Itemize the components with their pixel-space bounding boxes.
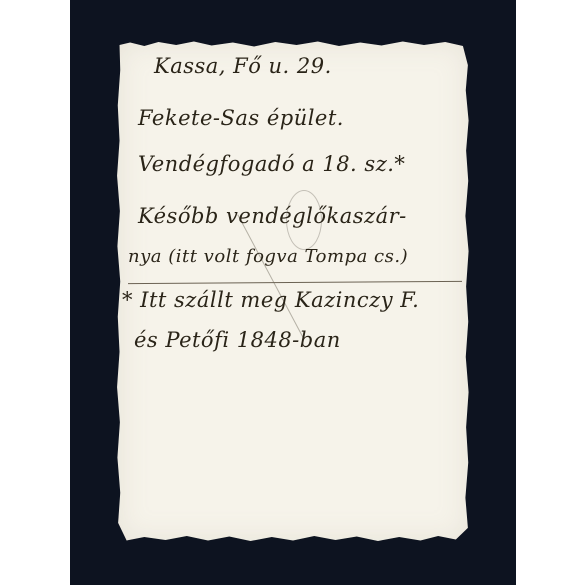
handwriting-line-later: Később vendéglőkaszár- xyxy=(138,204,407,228)
handwriting-line-footnote: * Itt szállt meg Kazinczy F. xyxy=(122,288,419,312)
handwriting-line-building: Fekete-Sas épület. xyxy=(138,106,344,130)
handwriting-line-petofi: és Petőfi 1848-ban xyxy=(134,328,341,352)
photo-card-back: Kassa, Fő u. 29. Fekete-Sas épület. Vend… xyxy=(116,40,470,543)
handwriting-line-prisoner: nya (itt volt fogva Tompa cs.) xyxy=(128,246,408,267)
handwriting-line-address: Kassa, Fő u. 29. xyxy=(154,54,332,78)
handwriting-line-inn: Vendégfogadó a 18. sz.* xyxy=(138,152,405,176)
